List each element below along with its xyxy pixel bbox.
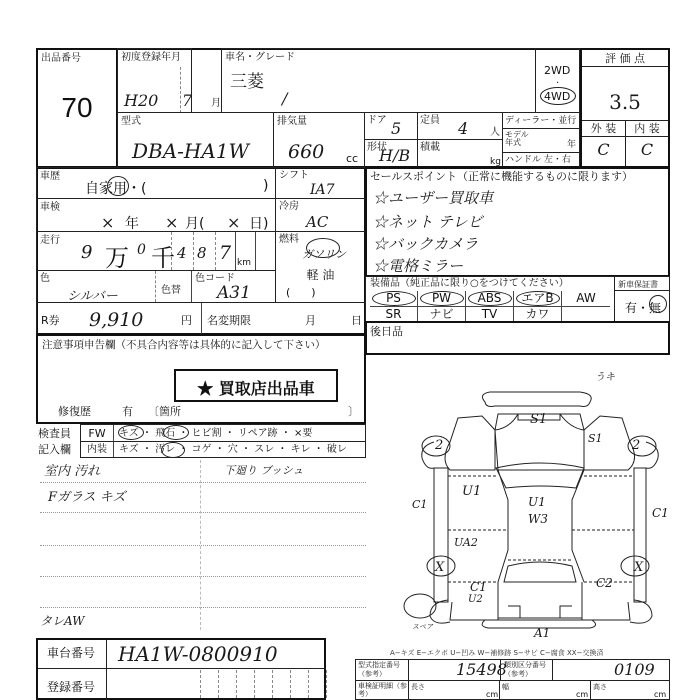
ac-value: AC [306, 213, 328, 231]
interior-grade: C [626, 140, 668, 159]
equipment-label: 装備品（純正品に限り○をつけてください） [370, 278, 569, 289]
inspector-label: 検査員 [38, 428, 71, 439]
interior-inspect-label: 内装 [81, 444, 113, 455]
inspector-entry-label: 記入欄 [38, 444, 71, 455]
first-registration-label: 初度登録年月 [121, 52, 181, 63]
first-registration-cell: 初度登録年月 H20 7 [117, 48, 192, 113]
fuel-label: 燃料 [279, 234, 299, 245]
shift-label: シフト [279, 170, 309, 181]
mileage-cell: 走行 9 万 0 千 4 8 7 km [36, 231, 276, 271]
first-registration-month: 7 [182, 91, 192, 110]
stamp-box: ★ 買取店出品車 [174, 369, 338, 402]
history-circle [107, 176, 129, 196]
displacement-value: 660 [288, 141, 324, 163]
model-year-unit: 年 [567, 140, 576, 151]
mileage-sen: 0 [137, 242, 146, 258]
mileage-digit-2: 8 [197, 244, 207, 262]
later-items-cell: 後日品 [365, 321, 670, 355]
equipment-circle [420, 291, 464, 306]
lot-number-label: 出品番号 [41, 53, 81, 64]
body-type-value: H/B [379, 146, 410, 165]
damage-mark-right-front: 2 [632, 438, 640, 453]
color-cell: 色 シルバー 色替 色コード A31 [36, 270, 276, 303]
car-name-value: 三菱 [230, 67, 264, 92]
chassis-cell: 車台番号 HA1W-0800910 登録番号 [36, 638, 326, 700]
cert-height-unit: cm [654, 689, 666, 700]
first-registration-year: H20 [124, 91, 158, 110]
registration-label: 登録番号 [38, 678, 104, 695]
mileage-unit: km [237, 258, 251, 269]
fuel-other: ( ) [286, 286, 358, 299]
notes-label: 注意事項申告欄（不具合内容等は具体的に記入して下さい） [42, 340, 326, 351]
repair-history-has: 有 [122, 406, 133, 417]
damage-legend: A−キズ E−エクボ U−凹み W−補修跡 S−サビ C−腐食 XX−交換済 [390, 648, 603, 659]
exterior-grade: C [582, 140, 625, 159]
equipment-item: ナビ [418, 306, 466, 321]
cert-length-unit: cm [486, 689, 498, 700]
recycle-unit: 円 [181, 315, 192, 326]
mileage-man: 9 [81, 242, 92, 263]
warranty-none-circle [649, 295, 667, 313]
month-unit: 月 [211, 98, 221, 109]
repair-history-place: 〔箇所 [148, 406, 181, 417]
lot-number-cell: 出品番号 70 [36, 48, 118, 168]
name-change-month: 月 [305, 315, 316, 326]
equipment-circle [516, 291, 560, 306]
equipment-circle [468, 291, 512, 306]
repair-history-close: 〕 [348, 406, 359, 417]
doors-value: 5 [391, 119, 401, 138]
doors-label: ドア [367, 115, 387, 126]
remark-bottom: タレAW [40, 612, 85, 629]
inspection-year: × [101, 213, 114, 232]
damage-mark-left-front: 2 [435, 438, 443, 453]
drive-2wd: 2WD [544, 65, 570, 76]
mileage-digit-3: 7 [219, 242, 231, 264]
damage-mark-c1-rear: C1 [470, 580, 487, 594]
fuel-gasoline-circle [306, 238, 340, 258]
cert-width-unit: cm [576, 689, 588, 700]
damage-mark-u1-center: U1 [528, 495, 546, 509]
later-items-label: 後日品 [370, 326, 403, 337]
doors-cell: ドア 5 [364, 112, 418, 140]
category-label: 類別区分番号（参考） [504, 661, 552, 679]
damage-mark-ua2: UA2 [454, 536, 478, 549]
score-label: 評 価 点 [582, 53, 668, 64]
model-code-value: DBA-HA1W [132, 139, 249, 163]
equipment-item: TV [466, 306, 514, 321]
history-close: ) [263, 178, 268, 194]
equipment-item: AW [562, 291, 610, 306]
shift-cell: シフト IA7 [275, 167, 366, 199]
name-change-label: 名変期限 [207, 315, 251, 326]
damage-mark-c1-left: C1 [412, 498, 427, 511]
damage-mark-u2-rear: U2 [468, 594, 483, 605]
inspection-day: × [227, 213, 240, 232]
damage-mark-c1-right: C1 [652, 506, 669, 520]
cert-width-label: 幅 [502, 682, 509, 693]
sales-points-label: セールスポイント（正常に機能するものに限ります） [370, 171, 633, 182]
remark-left-1: 室内 汚れ [44, 460, 100, 479]
cert-length-label: 長さ [411, 682, 425, 693]
remark-left-2: Fガラス キズ [48, 486, 126, 505]
damage-mark-s1-right: S1 [588, 432, 603, 445]
chassis-number: HA1W-0800910 [118, 642, 278, 666]
interior-items: キズ ・ 汚レ ・ コゲ ・ 穴 ・ スレ ・ キレ ・ 破レ [119, 444, 347, 455]
displacement-unit: cc [346, 153, 358, 164]
model-code-cell: 型式 DBA-HA1W [117, 112, 274, 168]
equipment-circle [372, 291, 416, 306]
equipment-item [562, 306, 610, 321]
equipment-item: カワ [514, 306, 562, 321]
sales-point-2: ☆ネット テレビ [373, 211, 482, 232]
model-code-label: 型式 [121, 116, 141, 127]
category-value: 0109 [614, 660, 655, 679]
recycle-label: R券 [41, 315, 60, 326]
color-label: 色 [40, 273, 50, 284]
displacement-cell: 排気量 660 cc [273, 112, 365, 168]
damage-mark-right-rear: X [634, 560, 643, 575]
inspection-day-unit: 日) [249, 213, 268, 233]
load-label: 積載 [420, 142, 440, 153]
displacement-label: 排気量 [277, 116, 307, 127]
body-type-cell: 形状 H/B [364, 139, 418, 168]
fuel-cell: 燃料 ガソリン 軽 油 ( ) [275, 231, 366, 303]
color-change-label: 色替 [161, 285, 181, 296]
equipment-item: SR [370, 306, 418, 321]
lot-number-value: 70 [38, 92, 116, 124]
score-value: 3.5 [582, 90, 668, 114]
car-name-label: 車名・グレード [225, 52, 295, 63]
inspection-month: × [165, 213, 178, 232]
chassis-label: 車台番号 [38, 644, 104, 661]
capacity-value: 4 [458, 119, 468, 138]
inspection-cell: 車検 × 年 × 月( × 日) [36, 198, 276, 232]
damage-mark-c2-rear: C2 [596, 576, 613, 590]
car-name-cell: 車名・グレード 三菱 / [221, 48, 536, 113]
color-code-value: A31 [217, 283, 251, 303]
inspection-year-unit: 年 [125, 213, 139, 233]
damage-mark-top: うキ [595, 368, 615, 383]
car-name-mark: / [282, 89, 287, 108]
interior-label: 内 装 [626, 123, 668, 134]
inspection-label: 車検 [40, 202, 60, 213]
type-designation-label: 型式指定番号（参考） [358, 661, 408, 679]
recycle-value: 9,910 [89, 309, 143, 331]
damage-mark-left-rear: X [435, 560, 444, 575]
mileage-man-unit: 万 [105, 238, 129, 273]
dealer-cell: ディーラー・並行 モデル年式 年 ハンドル 左・右 [502, 112, 580, 168]
capacity-label: 定員 [420, 115, 440, 126]
inspector-grid: FW 内装 キズ ・ 飛石 ・ ヒビ割 ・ リペア跡 ・ ×要 キズ ・ 汚レ … [80, 424, 366, 458]
score-cell: 評 価 点 3.5 外 装 内 装 C C [580, 48, 670, 168]
name-change-day: 日 [351, 315, 362, 326]
damage-mark-s1-hood: S1 [530, 412, 547, 427]
remark-right-1: 下廻り ブッシュ [224, 462, 304, 478]
history-label: 車歴 [40, 171, 60, 182]
drive-cell: 2WD · 4WD [535, 48, 580, 113]
stamp-text: ★ 買取店出品車 [176, 376, 336, 399]
fuel-diesel: 軽 油 [276, 266, 365, 283]
damage-mark-u1-left: U1 [462, 484, 481, 499]
fw-items: キズ ・ 飛石 ・ ヒビ割 ・ リペア跡 ・ ×要 [119, 428, 312, 439]
mileage-digit-1: 4 [177, 244, 187, 262]
damage-mark-w3: W3 [528, 512, 548, 526]
fw-label: FW [81, 428, 113, 439]
damage-mark-spare: スペア [412, 622, 433, 632]
type-designation-row: 型式指定番号（参考） 15498 類別区分番号（参考） 0109 [355, 659, 670, 681]
cert-label: 車検証明細（参考） [358, 682, 408, 698]
model-year-label: モデル年式 [505, 131, 535, 147]
sales-points-cell: セールスポイント（正常に機能するものに限ります） ☆ユーザー買取車 ☆ネット テ… [365, 167, 670, 277]
ac-label: 冷房 [279, 201, 299, 212]
dealer-label: ディーラー・並行 [505, 116, 576, 127]
exterior-label: 外 装 [582, 123, 625, 134]
sales-point-1: ☆ユーザー買取車 [373, 187, 493, 208]
cert-row: 車検証明細（参考） 長さ cm 幅 cm 高さ cm [355, 680, 670, 700]
inspection-month-unit: 月( [185, 213, 204, 233]
warranty-cell: 新車保証書 有・無 [614, 276, 670, 322]
ac-cell: 冷房 AC [275, 198, 366, 232]
warranty-label: 新車保証書 [618, 279, 658, 290]
shift-value: IA7 [310, 182, 335, 198]
load-cell: 積載 kg [417, 139, 503, 168]
notes-cell: 注意事項申告欄（不具合内容等は具体的に記入して下さい） ★ 買取店出品車 修復歴… [36, 334, 366, 424]
equipment-cell: 装備品（純正品に限り○をつけてください） PSPWABSエアBAWSRナビTVカ… [365, 276, 615, 322]
sales-point-3: ☆バックカメラ [373, 233, 478, 254]
repair-history-label: 修復歴 [58, 406, 91, 417]
mileage-label: 走行 [40, 235, 60, 246]
history-cell: 車歴 自家用・( ) [36, 167, 276, 199]
sales-point-4: ☆電格ミラー [373, 255, 463, 276]
equipment-grid: PSPWABSエアBAWSRナビTVカワ [370, 291, 610, 321]
drive-4wd-circle [540, 87, 576, 105]
handle-label: ハンドル 左・右 [505, 155, 571, 166]
damage-mark-a1: A1 [534, 626, 550, 640]
capacity-unit: 人 [490, 127, 500, 138]
capacity-cell: 定員 4 人 [417, 112, 503, 140]
cert-height-label: 高さ [593, 682, 607, 693]
recycle-cell: R券 9,910 円 名変期限 月 日 [36, 302, 366, 335]
